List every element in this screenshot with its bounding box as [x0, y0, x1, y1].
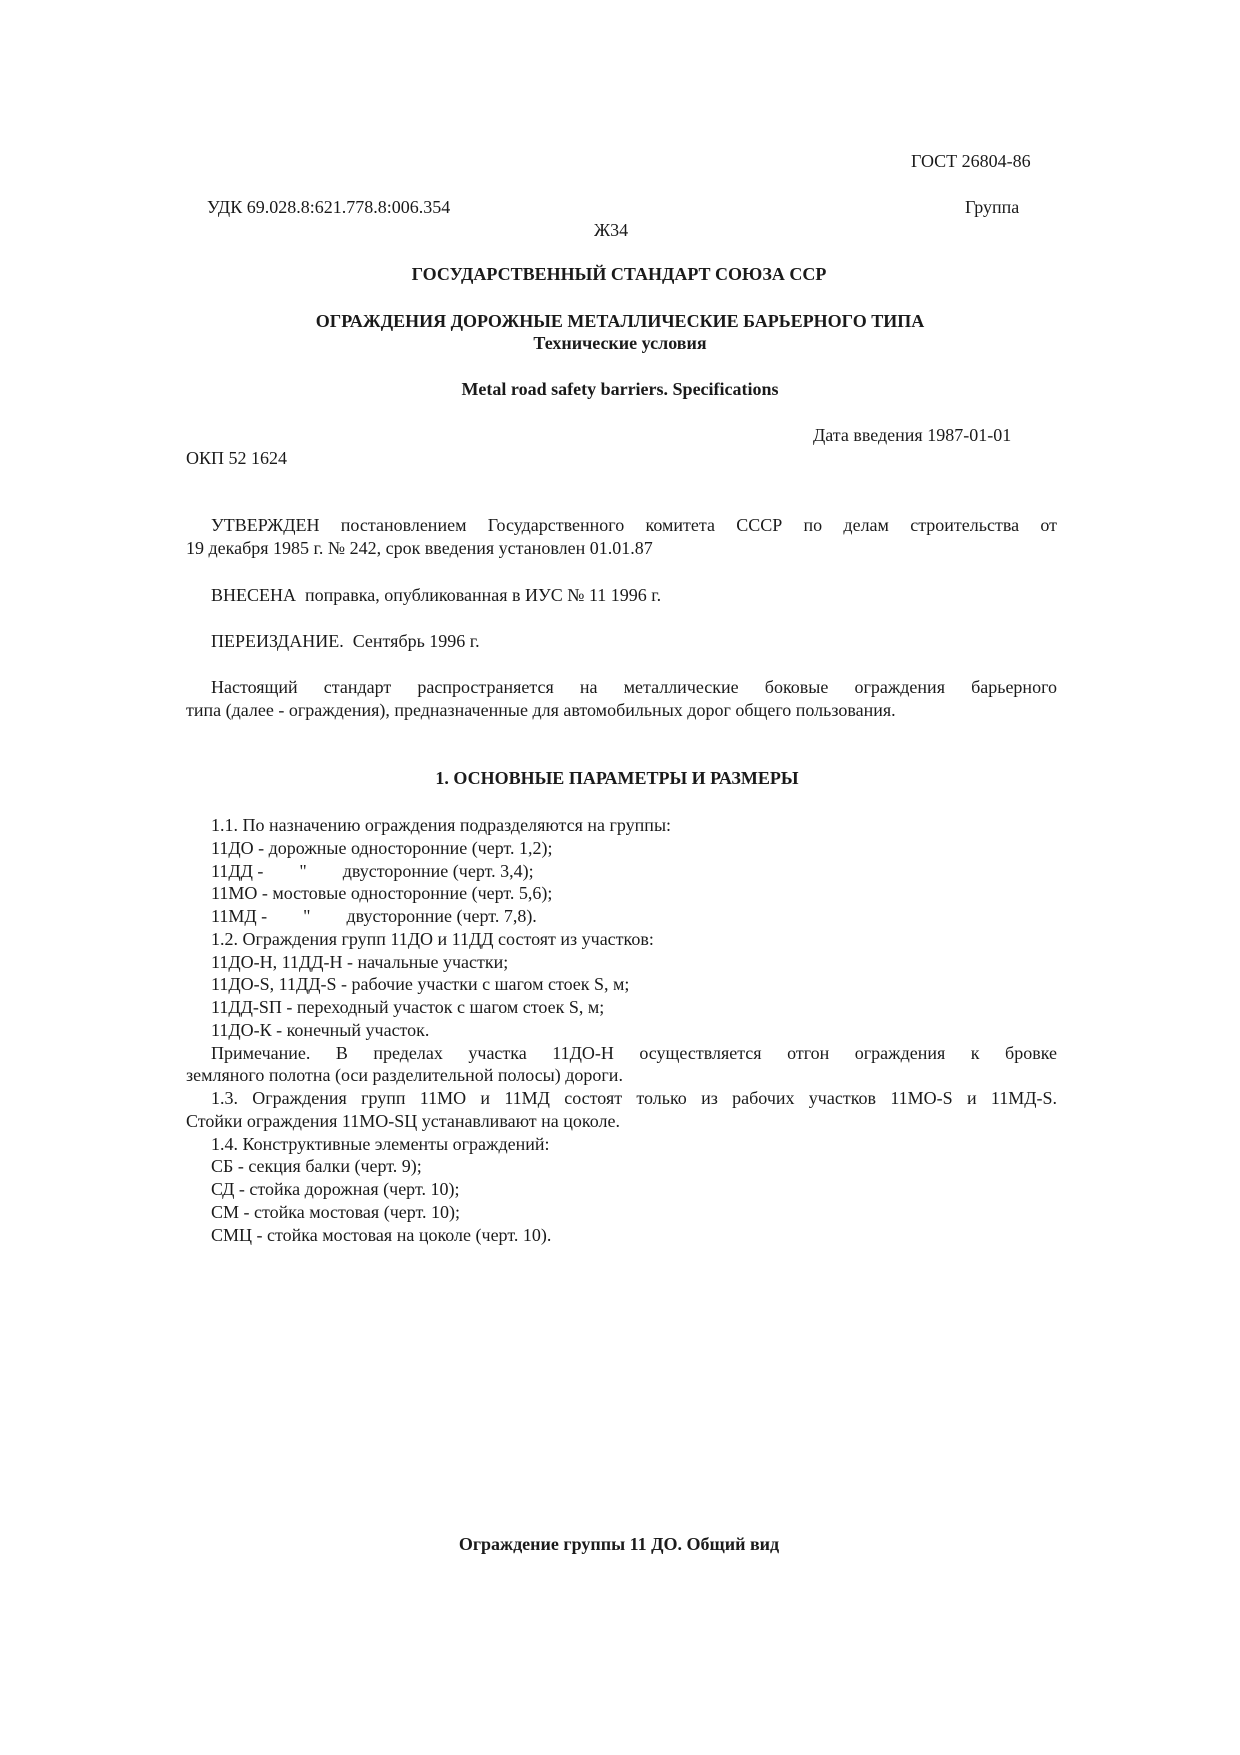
list-item: 11ДО-Н, 11ДД-Н - начальные участки; [211, 951, 508, 973]
amendment-note: ВНЕСЕНА поправка, опубликованная в ИУС №… [211, 584, 661, 606]
approved-paragraph-line1: УТВЕРЖДЕН постановлением Государственног… [188, 514, 1057, 536]
list-item: 11МО - мостовые односторонние (черт. 5,6… [211, 882, 552, 904]
okp-code: ОКП 52 1624 [186, 447, 287, 469]
document-subtitle: Технические условия [0, 332, 1240, 354]
figure-caption: Ограждение группы 11 ДО. Общий вид [0, 1533, 1239, 1555]
approved-paragraph-line2: 19 декабря 1985 г. № 242, срок введения … [186, 537, 653, 559]
standard-title: ГОСУДАРСТВЕННЫЙ СТАНДАРТ СОЮЗА ССР [0, 263, 1239, 285]
list-item: 11ДД-SП - переходный участок с шагом сто… [211, 996, 604, 1018]
udk-code: УДК 69.028.8:621.778.8:006.354 [207, 196, 450, 218]
list-item: 11ДД - " двусторонние (черт. 3,4); [211, 860, 534, 882]
note-line1: Примечание. В пределах участка 11ДО-Н ос… [188, 1042, 1057, 1064]
gost-number: ГОСТ 26804-86 [911, 150, 1031, 172]
list-item: 11ДО-S, 11ДД-S - рабочие участки с шагом… [211, 973, 629, 995]
introduction-date: Дата введения 1987-01-01 [813, 424, 1011, 446]
scope-paragraph-line2: типа (далее - ограждения), предназначенн… [186, 699, 896, 721]
section-heading: 1. ОСНОВНЫЕ ПАРАМЕТРЫ И РАЗМЕРЫ [0, 767, 1237, 789]
note-line2: земляного полотна (оси разделительной по… [186, 1064, 623, 1086]
list-item: СБ - секция балки (черт. 9); [211, 1155, 422, 1177]
list-item: 1.1. По назначению ограждения подразделя… [211, 814, 671, 836]
group-code: Ж34 [594, 219, 628, 241]
list-item: СД - стойка дорожная (черт. 10); [211, 1178, 459, 1200]
group-label: Группа [965, 196, 1019, 218]
document-title: ОГРАЖДЕНИЯ ДОРОЖНЫЕ МЕТАЛЛИЧЕСКИЕ БАРЬЕР… [0, 310, 1240, 332]
list-item: 11ДО-К - конечный участок. [211, 1019, 429, 1041]
list-item: 1.2. Ограждения групп 11ДО и 11ДД состоя… [211, 928, 654, 950]
list-item: СМЦ - стойка мостовая на цоколе (черт. 1… [211, 1224, 551, 1246]
list-item: СМ - стойка мостовая (черт. 10); [211, 1201, 460, 1223]
list-item: 11МД - " двусторонние (черт. 7,8). [211, 905, 537, 927]
list-item: 11ДО - дорожные односторонние (черт. 1,2… [211, 837, 553, 859]
list-item: 1.4. Конструктивные элементы ограждений: [211, 1133, 550, 1155]
english-title: Metal road safety barriers. Specificatio… [0, 378, 1240, 400]
scope-paragraph-line1: Настоящий стандарт распространяется на м… [188, 676, 1057, 698]
reissue-note: ПЕРЕИЗДАНИЕ. Сентябрь 1996 г. [211, 630, 480, 652]
clause-1-3-line2: Стойки ограждения 11МО-SЦ устанавливают … [186, 1110, 620, 1132]
clause-1-3-line1: 1.3. Ограждения групп 11МО и 11МД состоя… [188, 1087, 1057, 1109]
